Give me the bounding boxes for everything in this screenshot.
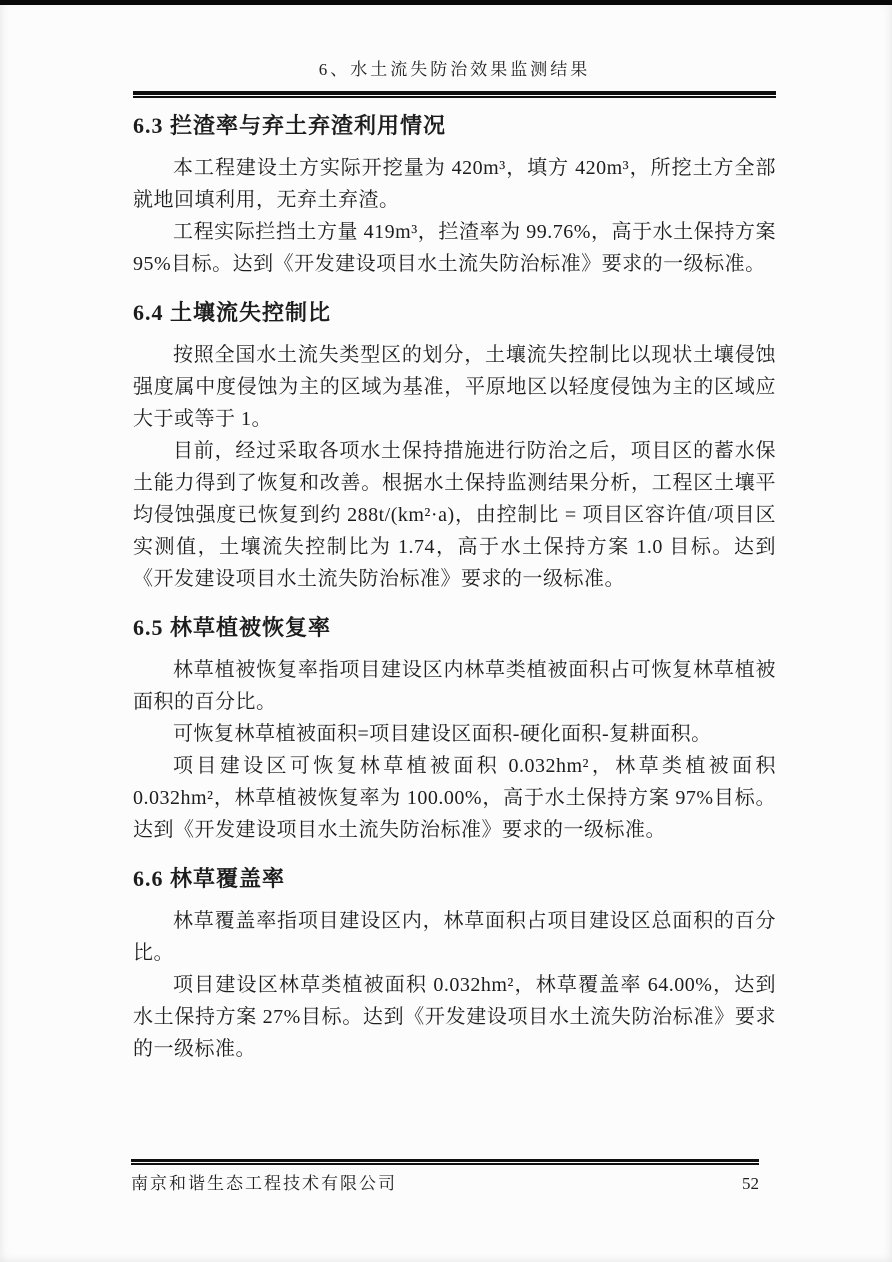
header-rule-thick [133, 91, 776, 95]
page-number: 52 [742, 1172, 759, 1196]
section-6-3: 6.3 拦渣率与弃土弃渣利用情况 本工程建设土方实际开挖量为 420m³，填方 … [133, 111, 776, 280]
section-6-4-heading: 6.4 土壤流失控制比 [133, 298, 776, 328]
section-6-4-paragraph-2: 目前，经过采取各项水土保持措施进行防治之后，项目区的蓄水保土能力得到了恢复和改善… [133, 435, 776, 595]
running-header: 6、水土流失防治效果监测结果 [133, 58, 776, 98]
section-6-6-heading: 6.6 林草覆盖率 [133, 864, 776, 894]
footer-company: 南京和谐生态工程技术有限公司 [131, 1172, 397, 1196]
section-6-6: 6.6 林草覆盖率 林草覆盖率指项目建设区内，林草面积占项目建设区总面积的百分比… [133, 864, 776, 1065]
section-6-3-paragraph-1: 本工程建设土方实际开挖量为 420m³，填方 420m³，所挖土方全部就地回填利… [133, 152, 776, 216]
section-6-3-paragraph-2: 工程实际拦挡土方量 419m³，拦渣率为 99.76%，高于水土保持方案 95%… [133, 216, 776, 280]
page-footer: 南京和谐生态工程技术有限公司 52 [131, 1150, 759, 1196]
footer-rule [131, 1159, 759, 1165]
page-content: 6、水土流失防治效果监测结果 6.3 拦渣率与弃土弃渣利用情况 本工程建设土方实… [133, 0, 776, 1065]
section-6-4: 6.4 土壤流失控制比 按照全国水土流失类型区的划分，土壤流失控制比以现状土壤侵… [133, 298, 776, 595]
footer-rule-thick [131, 1159, 759, 1162]
section-6-6-paragraph-2: 项目建设区林草类植被面积 0.032hm²，林草覆盖率 64.00%，达到水土保… [133, 969, 776, 1065]
section-6-6-paragraph-1: 林草覆盖率指项目建设区内，林草面积占项目建设区总面积的百分比。 [133, 905, 776, 969]
header-rule [133, 91, 776, 98]
section-6-5-paragraph-3: 项目建设区可恢复林草植被面积 0.032hm²，林草类植被面积 0.032hm²… [133, 750, 776, 846]
footer-rule-thin [131, 1163, 759, 1165]
section-6-5: 6.5 林草植被恢复率 林草植被恢复率指项目建设区内林草类植被面积占可恢复林草植… [133, 613, 776, 846]
section-6-3-heading: 6.3 拦渣率与弃土弃渣利用情况 [133, 111, 776, 141]
running-header-title: 6、水土流失防治效果监测结果 [133, 58, 776, 82]
section-6-4-paragraph-1: 按照全国水土流失类型区的划分，土壤流失控制比以现状土壤侵蚀强度属中度侵蚀为主的区… [133, 339, 776, 435]
document-page: 6、水土流失防治效果监测结果 6.3 拦渣率与弃土弃渣利用情况 本工程建设土方实… [0, 0, 892, 1262]
header-rule-thin [133, 96, 776, 98]
section-6-5-paragraph-2: 可恢复林草植被面积=项目建设区面积-硬化面积-复耕面积。 [133, 718, 776, 750]
section-6-5-heading: 6.5 林草植被恢复率 [133, 613, 776, 643]
section-6-5-paragraph-1: 林草植被恢复率指项目建设区内林草类植被面积占可恢复林草植被面积的百分比。 [133, 654, 776, 718]
footer-row: 南京和谐生态工程技术有限公司 52 [131, 1172, 759, 1196]
